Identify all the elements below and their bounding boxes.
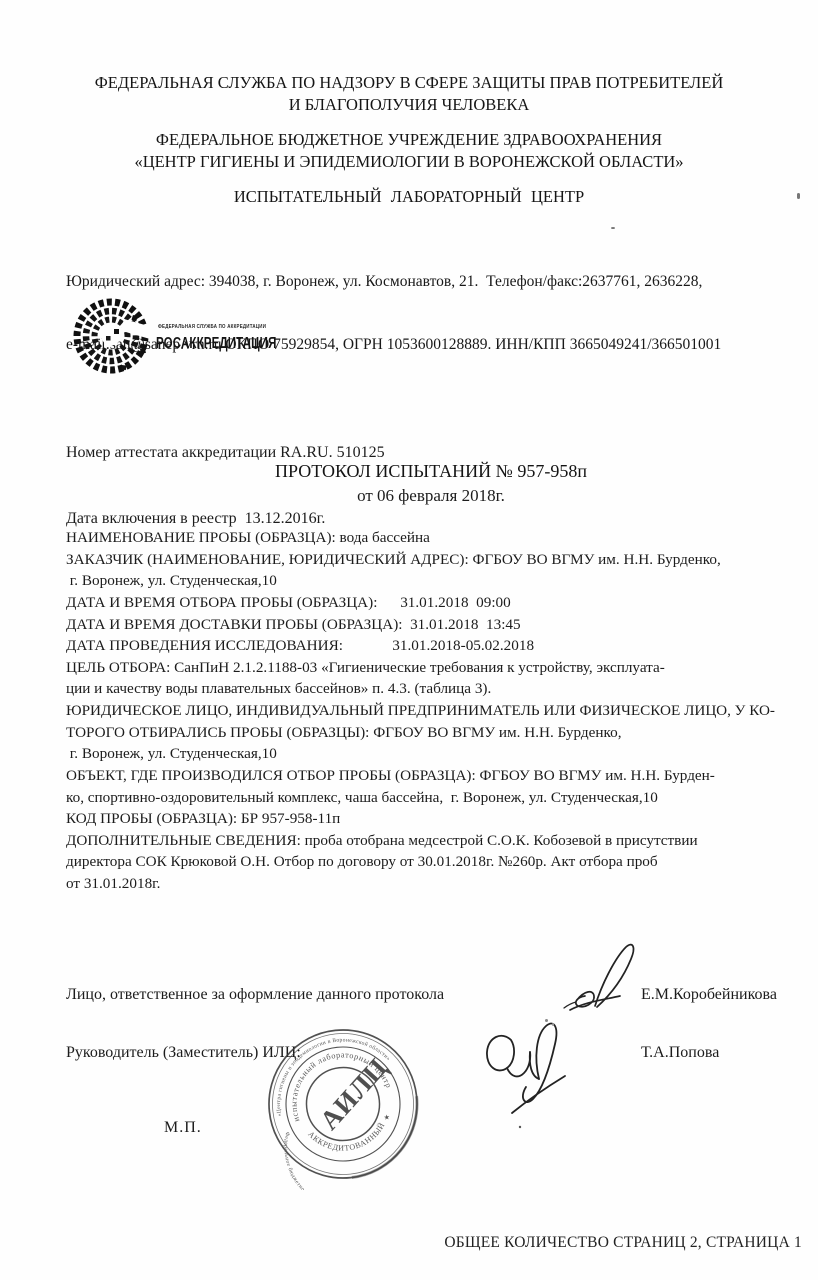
body-line: КОД ПРОБЫ (ОБРАЗЦА): БР 957-958-11п bbox=[66, 808, 775, 830]
protocol-date: от 06 февраля 2018г. bbox=[22, 486, 818, 506]
body-line: ДАТА И ВРЕМЯ ОТБОРА ПРОБЫ (ОБРАЗЦА): 31.… bbox=[66, 592, 775, 614]
logo-agency-name-text: РОСАККРЕДИТАЦИЯ bbox=[156, 333, 277, 351]
scan-speck bbox=[611, 227, 615, 229]
body-line: НАИМЕНОВАНИЕ ПРОБЫ (ОБРАЗЦА): вода бассе… bbox=[66, 527, 775, 549]
institution-line1: ФЕДЕРАЛЬНОЕ БЮДЖЕТНОЕ УЧРЕЖДЕНИЕ ЗДРАВОО… bbox=[0, 129, 818, 151]
logo-agency-small-text: ФЕДЕРАЛЬНАЯ СЛУЖБА ПО АККРЕДИТАЦИИ bbox=[158, 324, 266, 331]
lab-center-name: ИСПЫТАТЕЛЬНЫЙ ЛАБОРАТОРНЫЙ ЦЕНТР bbox=[0, 187, 818, 207]
seal-placeholder: М.П. bbox=[164, 1119, 202, 1137]
stamp-ring-bottom-text: АККРЕДИТОВАННЫЙ bbox=[306, 1120, 390, 1156]
responsible-name: Е.М.Коробейникова bbox=[641, 986, 777, 1004]
accreditation-emblem-icon bbox=[77, 302, 159, 370]
protocol-body: НАИМЕНОВАНИЕ ПРОБЫ (ОБРАЗЦА): вода бассе… bbox=[66, 527, 775, 895]
body-line: ДАТА И ВРЕМЯ ДОСТАВКИ ПРОБЫ (ОБРАЗЦА): 3… bbox=[66, 614, 775, 636]
svg-text:АККРЕДИТОВАННЫЙ: АККРЕДИТОВАННЫЙ bbox=[306, 1120, 390, 1156]
head-signature-icon bbox=[468, 1012, 580, 1130]
body-line: ДАТА ПРОВЕДЕНИЯ ИССЛЕДОВАНИЯ: 31.01.2018… bbox=[66, 635, 775, 657]
body-line: от 31.01.2018г. bbox=[66, 873, 775, 895]
service-name-line1: ФЕДЕРАЛЬНАЯ СЛУЖБА ПО НАДЗОРУ В СФЕРЕ ЗА… bbox=[0, 72, 818, 94]
scanned-protocol-page: ФЕДЕРАЛЬНАЯ СЛУЖБА ПО НАДЗОРУ В СФЕРЕ ЗА… bbox=[0, 0, 818, 1280]
stamp-star-icon: ★ bbox=[383, 1113, 390, 1122]
service-name-line2: И БЛАГОПОЛУЧИЯ ЧЕЛОВЕКА bbox=[0, 94, 818, 116]
body-line: ДОПОЛНИТЕЛЬНЫЕ СВЕДЕНИЯ: проба отобрана … bbox=[66, 830, 775, 852]
scan-speck bbox=[552, 1023, 554, 1026]
head-name: Т.А.Попова bbox=[641, 1044, 719, 1062]
protocol-title: ПРОТОКОЛ ИСПЫТАНИЙ № 957-958п bbox=[22, 461, 818, 482]
contact-address-line: Юридический адрес: 394038, г. Воронеж, у… bbox=[66, 271, 721, 292]
responsible-label: Лицо, ответственное за оформление данног… bbox=[66, 986, 444, 1004]
responsible-signature-icon bbox=[550, 928, 650, 1020]
rosaccreditation-logo: ФЕДЕРАЛЬНАЯ СЛУЖБА ПО АККРЕДИТАЦИИ РОСАК… bbox=[70, 291, 300, 393]
body-line: ко, спортивно-оздоровительный комплекс, … bbox=[66, 787, 775, 809]
body-line: г. Воронеж, ул. Студенческая,10 bbox=[66, 570, 775, 592]
body-line: ции и качеству воды плавательных бассейн… bbox=[66, 678, 775, 700]
header-institution: ФЕДЕРАЛЬНОЕ БЮДЖЕТНОЕ УЧРЕЖДЕНИЕ ЗДРАВОО… bbox=[0, 129, 818, 172]
scan-speck bbox=[797, 193, 800, 199]
protocol-title-block: ПРОТОКОЛ ИСПЫТАНИЙ № 957-958п от 06 февр… bbox=[22, 461, 818, 506]
body-line: ЗАКАЗЧИК (НАИМЕНОВАНИЕ, ЮРИДИЧЕСКИЙ АДРЕ… bbox=[66, 549, 775, 571]
body-line: г. Воронеж, ул. Студенческая,10 bbox=[66, 743, 775, 765]
lab-round-stamp: «Центра гигиены и эпидемиологии в Вороне… bbox=[255, 1018, 431, 1190]
body-line: ОБЪЕКТ, ГДЕ ПРОИЗВОДИЛСЯ ОТБОР ПРОБЫ (ОБ… bbox=[66, 765, 775, 787]
page-count-footer: ОБЩЕЕ КОЛИЧЕСТВО СТРАНИЦ 2, СТРАНИЦА 1 bbox=[0, 1234, 802, 1252]
institution-line2: «ЦЕНТР ГИГИЕНЫ И ЭПИДЕМИОЛОГИИ В ВОРОНЕЖ… bbox=[0, 151, 818, 173]
header-service: ФЕДЕРАЛЬНАЯ СЛУЖБА ПО НАДЗОРУ В СФЕРЕ ЗА… bbox=[0, 72, 818, 115]
body-line: ЮРИДИЧЕСКОЕ ЛИЦО, ИНДИВИДУАЛЬНЫЙ ПРЕДПРИ… bbox=[66, 700, 775, 722]
body-line: директора СОК Крюковой О.Н. Отбор по дог… bbox=[66, 851, 775, 873]
body-line: ТОРОГО ОТБИРАЛИСЬ ПРОБЫ (ОБРАЗЦЫ): ФГБОУ… bbox=[66, 722, 775, 744]
scan-speck bbox=[545, 1019, 548, 1022]
body-line: ЦЕЛЬ ОТБОРА: СанПиН 2.1.2.1188-03 «Гигие… bbox=[66, 657, 775, 679]
